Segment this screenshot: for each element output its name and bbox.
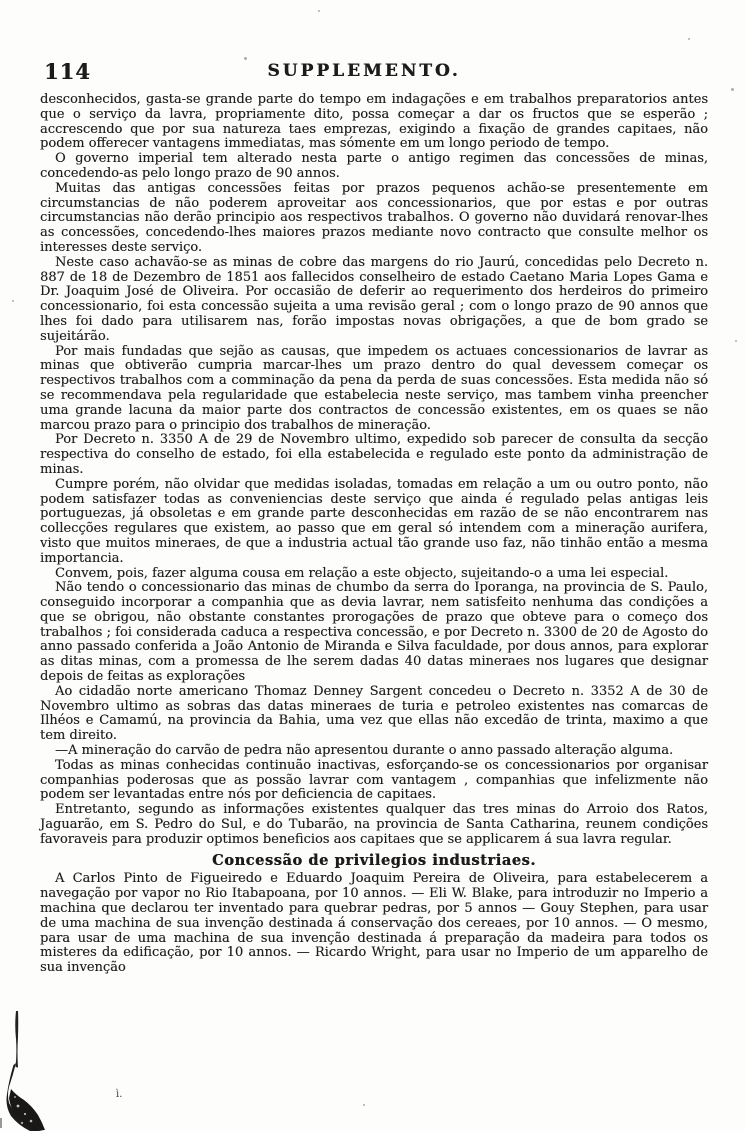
body-text: desconhecidos, gasta-se grande parte do … (40, 93, 708, 976)
scan-speckle (731, 88, 734, 91)
document-page: 114 SUPPLEMENTO. desconhecidos, gasta-se… (0, 0, 746, 1131)
paragraph: Muitas das antigas concessões feitas por… (40, 182, 708, 256)
scan-speckle (12, 300, 14, 302)
scan-speckle (735, 340, 737, 342)
print-stray-mark: ì. (116, 1089, 122, 1100)
journal-title: SUPPLEMENTO. (40, 61, 688, 81)
scan-speckle (363, 1104, 365, 1106)
paragraph: Entretanto, segundo as informações exist… (40, 803, 708, 847)
scan-speckle (540, 950, 542, 952)
paragraph: Não tendo o concessionario das minas de … (40, 581, 708, 685)
scan-speckle (688, 38, 690, 40)
scan-fold-artifact (0, 1011, 80, 1131)
paragraph: Ao cidadão norte americano Thomaz Denney… (40, 685, 708, 744)
paragraph: Por mais fundadas que sejão as causas, q… (40, 345, 708, 434)
paragraph: Por Decreto n. 3350 A de 29 de Novembro … (40, 433, 708, 477)
paragraph: A Carlos Pinto de Figueiredo e Eduardo J… (40, 872, 708, 976)
section-heading: Concessão de privilegios industriaes. (40, 854, 708, 869)
page-edge-mark (0, 1118, 2, 1128)
paragraph: —A mineração do carvão de pedra não apre… (40, 744, 708, 759)
paragraph: Cumpre porém, não olvidar que medidas is… (40, 478, 708, 567)
paragraph: O governo imperial tem alterado nesta pa… (40, 152, 708, 182)
paragraph: Neste caso achavão-se as minas de cobre … (40, 256, 708, 345)
page-header: 114 SUPPLEMENTO. (40, 58, 708, 86)
scan-speckle (244, 57, 247, 60)
paragraph: Convem, pois, fazer alguma cousa em rela… (40, 567, 708, 582)
scan-speckle (318, 10, 320, 12)
paragraph-continuation: desconhecidos, gasta-se grande parte do … (40, 93, 708, 152)
paragraph: Todas as minas conhecidas continuão inac… (40, 759, 708, 803)
